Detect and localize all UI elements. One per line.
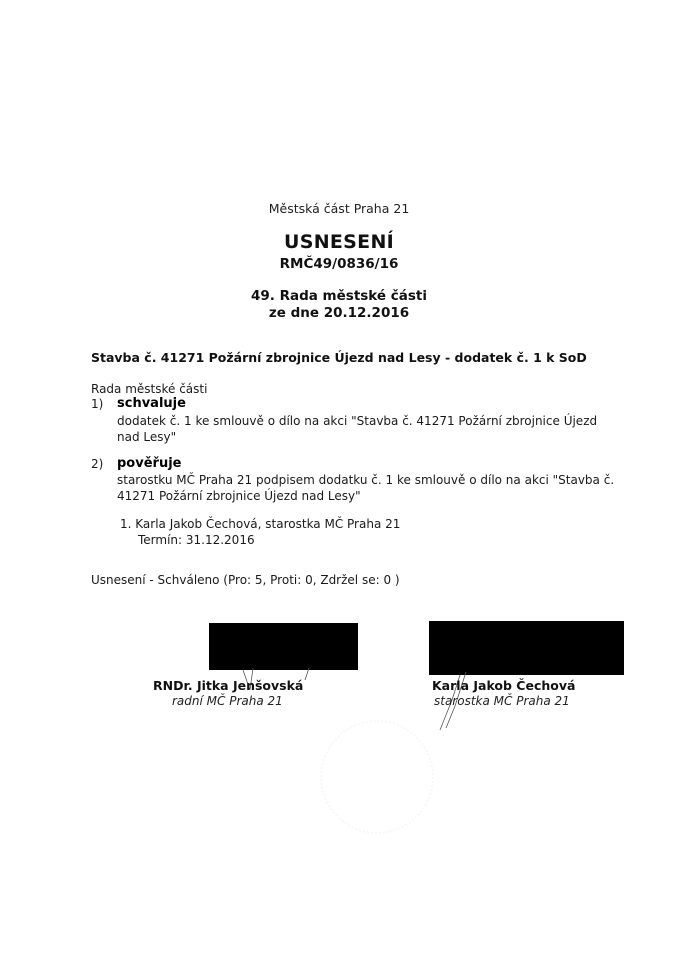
signatory-2-role: starostka MČ Praha 21 [434, 694, 570, 708]
signatory-1-role: radní MČ Praha 21 [172, 694, 283, 708]
signatory-2-name: Karla Jakob Čechová [432, 678, 575, 693]
official-stamp [320, 720, 434, 834]
signatory-1-name: RNDr. Jitka Jenšovská [153, 678, 303, 693]
